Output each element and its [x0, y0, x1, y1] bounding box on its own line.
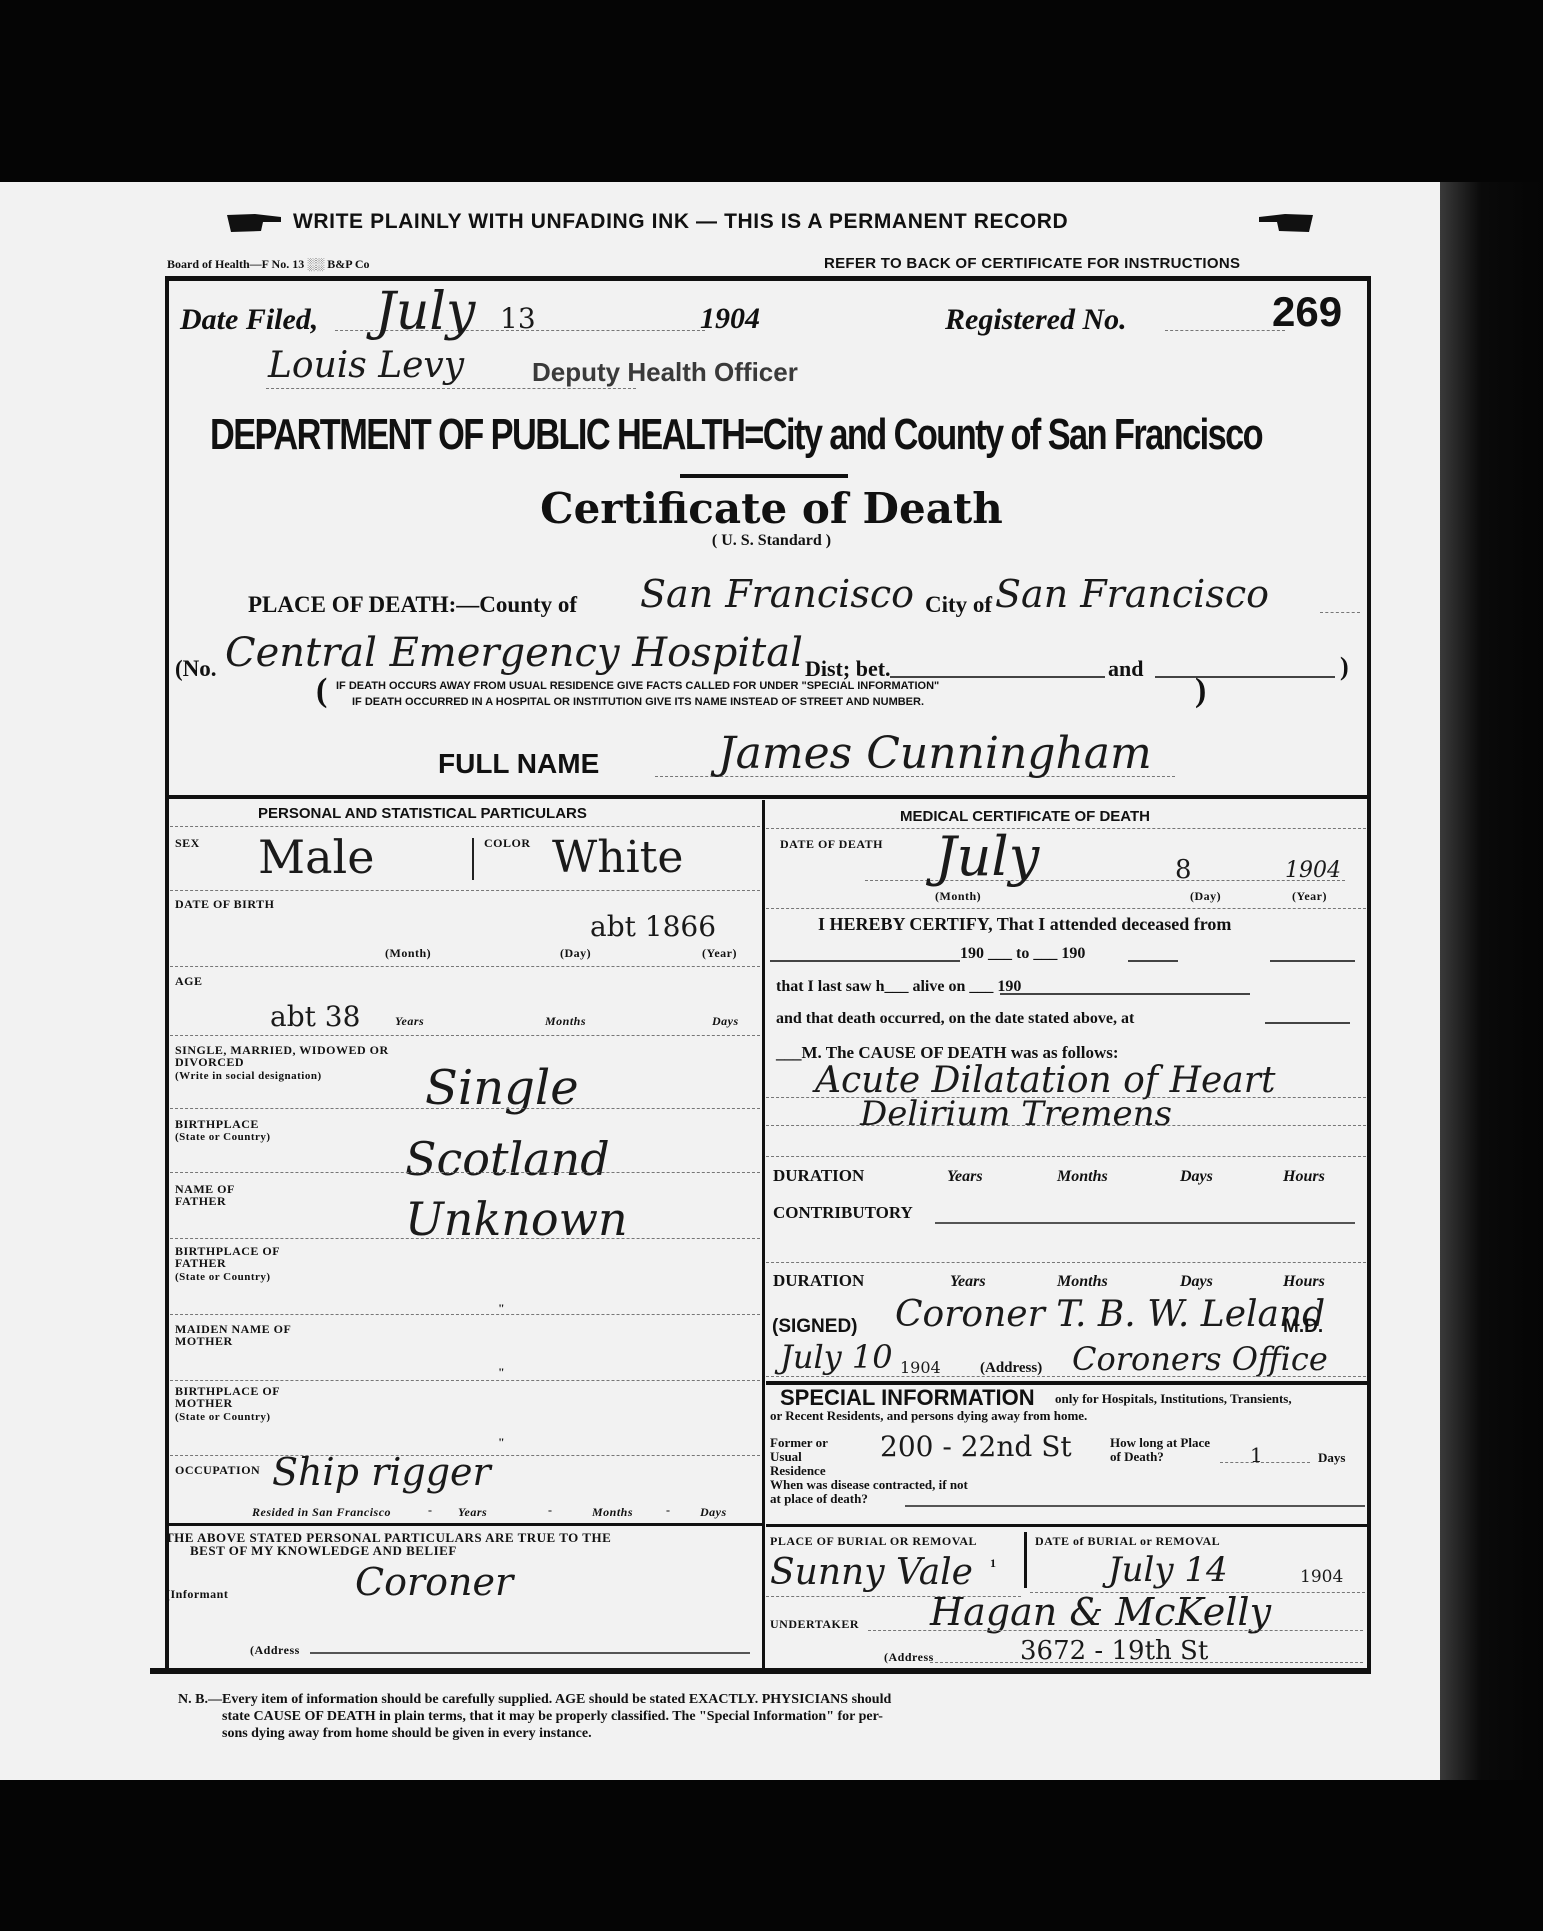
place-note-line1: IF DEATH OCCURS AWAY FROM USUAL RESIDENC… [336, 680, 939, 692]
father-birthplace-label: BIRTHPLACE OF FATHER [175, 1245, 285, 1269]
informant-label: (Informant [166, 1588, 228, 1600]
signed-address: Coroners Office [1072, 1340, 1328, 1378]
signed-address-label: (Address) [980, 1360, 1042, 1377]
close-paren: ) [1340, 652, 1349, 682]
dob-label: DATE OF BIRTH [175, 898, 274, 910]
special-heading-note2: or Recent Residents, and persons dying a… [770, 1408, 1087, 1424]
dist-label: Dist; bet. [805, 656, 891, 682]
burial-column-divider [1024, 1532, 1027, 1588]
scan-edge-shadow [1440, 182, 1543, 1780]
banner-hand-left-icon [225, 211, 283, 235]
mother-birthplace-value: " [498, 1436, 505, 1448]
frame-bottom [150, 1668, 1371, 1674]
dob-month-label: (Month) [385, 947, 431, 959]
death-day: 8 [1175, 855, 1192, 885]
note-open-paren: ( [316, 672, 327, 710]
marital-sublabel: (Write in social designation) [175, 1070, 415, 1082]
death-day-label: (Day) [1190, 890, 1221, 902]
frame-top [165, 276, 1371, 281]
burial-date-label: DATE of BURIAL or REMOVAL [1035, 1535, 1220, 1547]
note-close-paren: ) [1195, 672, 1206, 710]
date-filed-label: Date Filed, [180, 303, 318, 337]
certificate-title: Certificate of Death [0, 484, 1543, 533]
how-long-unit: Days [1318, 1450, 1345, 1466]
place-of-death-label: PLACE OF DEATH:—County of [248, 592, 577, 618]
attended-from-to: 190 ___ to ___ 190 [960, 945, 1085, 963]
dob-year-label: (Year) [702, 947, 737, 959]
cause-line2: Delirium Tremens [860, 1094, 1172, 1134]
resided-years-label: Years [458, 1506, 487, 1518]
age-months-label: Months [545, 1015, 586, 1027]
registered-label: Registered No. [945, 303, 1127, 337]
resided-months-value: - [548, 1504, 553, 1516]
instructions-note: REFER TO BACK OF CERTIFICATE FOR INSTRUC… [824, 255, 1240, 272]
how-long-value: 1 [1250, 1443, 1263, 1467]
residence-value: 200 - 22nd St [880, 1430, 1072, 1463]
duration-hours: Hours [1283, 1168, 1325, 1186]
medical-heading: MEDICAL CERTIFICATE OF DEATH [900, 808, 1150, 825]
undertaker-address-label: (Address [884, 1651, 934, 1663]
death-month: July [935, 825, 1039, 888]
duration-years: Years [947, 1168, 983, 1186]
mother-label: MAIDEN NAME OF MOTHER [175, 1323, 305, 1347]
burial-divider [766, 1524, 1368, 1527]
burial-place-label: PLACE OF BURIAL OR REMOVAL [770, 1535, 977, 1547]
department-title: DEPARTMENT OF PUBLIC HEALTH=City and Cou… [210, 410, 1335, 472]
informant-address-label: (Address [250, 1644, 300, 1656]
county-value: San Francisco [640, 572, 914, 616]
age-days-label: Days [712, 1015, 739, 1027]
duration2-days: Days [1180, 1273, 1213, 1291]
column-divider [762, 800, 765, 1670]
last-saw-text: that I last saw h___ alive on ___ 190 [776, 978, 1021, 996]
place-of-death-location: Central Emergency Hospital [225, 630, 803, 676]
title-divider [680, 474, 848, 478]
personal-attest-divider [168, 1523, 763, 1526]
duration-days: Days [1180, 1168, 1213, 1186]
signed-date: July 10 [780, 1338, 893, 1376]
father-label: NAME OF FATHER [175, 1183, 255, 1207]
age-label: AGE [175, 975, 203, 987]
undertaker-label: UNDERTAKER [770, 1618, 859, 1630]
place-note-line2: IF DEATH OCCURRED IN A HOSPITAL OR INSTI… [352, 696, 924, 708]
md-label: M.D. [1283, 1316, 1323, 1338]
birthplace-sublabel: (State or Country) [175, 1131, 271, 1143]
footnote-line2: state CAUSE OF DEATH in plain terms, tha… [222, 1709, 883, 1725]
resided-label: Resided in San Francisco [252, 1506, 391, 1518]
mother-birthplace-label: BIRTHPLACE OF MOTHER [175, 1385, 285, 1409]
date-filed-month: July [375, 282, 475, 342]
informant-value: Coroner [355, 1560, 513, 1604]
special-heading-note: only for Hospitals, Institutions, Transi… [1055, 1391, 1292, 1407]
resided-days-value: - [666, 1504, 671, 1516]
resided-days-label: Days [700, 1506, 727, 1518]
name-divider [165, 795, 1371, 799]
color-label: COLOR [484, 837, 531, 849]
duration-label: DURATION [773, 1166, 864, 1186]
father-birthplace-value: " [498, 1302, 505, 1314]
signed-year: 1904 [900, 1358, 941, 1377]
sex-color-divider [472, 838, 474, 880]
dob-value: abt 1866 [590, 910, 716, 943]
occupation-value: Ship rigger [272, 1450, 491, 1494]
contracted-label: When was disease contracted, if not at p… [770, 1478, 970, 1506]
us-standard: ( U. S. Standard ) [0, 532, 1543, 550]
personal-heading: PERSONAL AND STATISTICAL PARTICULARS [258, 805, 587, 822]
resided-months-label: Months [592, 1506, 633, 1518]
death-month-label: (Month) [935, 890, 981, 902]
age-years-label: Years [395, 1015, 424, 1027]
city-label: City of [925, 592, 992, 618]
contributory-label: CONTRIBUTORY [773, 1203, 913, 1223]
burial-place-mark: 1 [990, 1557, 997, 1569]
death-year: 1904 [1285, 858, 1341, 883]
registered-number: 269 [1272, 288, 1342, 336]
dob-day-label: (Day) [560, 947, 591, 959]
duration2-years: Years [950, 1273, 986, 1291]
mother-birthplace-sublabel: (State or Country) [175, 1411, 271, 1423]
mother-value: " [498, 1366, 505, 1378]
undertaker-value: Hagan & McKelly [930, 1590, 1271, 1634]
signed-label: (SIGNED) [772, 1316, 858, 1338]
duration2-hours: Hours [1283, 1273, 1325, 1291]
banner-hand-right-icon [1255, 211, 1315, 235]
duration-months: Months [1057, 1168, 1108, 1186]
marital-label: SINGLE, MARRIED, WIDOWED OR DIVORCED [175, 1044, 405, 1068]
occurred-text: and that death occurred, on the date sta… [776, 1010, 1134, 1028]
age-value: abt 38 [270, 1000, 360, 1033]
footnote-line3: sons dying away from home should be give… [222, 1726, 592, 1742]
full-name-value: James Cunningham [718, 728, 1152, 779]
duration2-label: DURATION [773, 1271, 864, 1291]
sex-value: Male [258, 830, 374, 884]
footnote-line1: Every item of information should be care… [222, 1692, 891, 1708]
officer-signature: Louis Levy [268, 345, 464, 386]
sex-label: SEX [175, 837, 200, 849]
death-year-label: (Year) [1292, 890, 1327, 902]
date-of-death-label: DATE OF DEATH [780, 838, 883, 850]
burial-year-value: 1904 [1300, 1567, 1343, 1587]
attest-line2: BEST OF MY KNOWLEDGE AND BELIEF [190, 1545, 457, 1557]
full-name-label: FULL NAME [438, 748, 599, 780]
and-label: and [1108, 656, 1143, 682]
how-long-label: How long at Place of Death? [1110, 1436, 1220, 1464]
date-filed-year: 1904 [700, 302, 760, 336]
resided-years-value: - [428, 1504, 433, 1516]
form-id: Board of Health—F No. 13 ░░ B&P Co [167, 257, 370, 272]
footnote-prefix: N. B.— [178, 1692, 222, 1708]
signed-value: Coroner T. B. W. Leland [895, 1294, 1325, 1335]
banner-text: WRITE PLAINLY WITH UNFADING INK — THIS I… [293, 210, 1243, 234]
birthplace-value: Scotland [405, 1132, 610, 1186]
occupation-label: OCCUPATION [175, 1464, 260, 1476]
officer-title: Deputy Health Officer [532, 357, 798, 388]
street-no-label: (No. [175, 656, 217, 682]
father-birthplace-sublabel: (State or Country) [175, 1271, 271, 1283]
color-value: White [552, 832, 683, 883]
burial-place-value: Sunny Vale [770, 1552, 973, 1593]
residence-label: Former or Usual Residence [770, 1436, 860, 1478]
city-value: San Francisco [995, 572, 1269, 616]
birthplace-label: BIRTHPLACE [175, 1118, 259, 1130]
date-filed-day: 13 [500, 302, 536, 335]
burial-date-value: July 14 [1108, 1550, 1228, 1590]
duration2-months: Months [1057, 1273, 1108, 1291]
certify-text: I HEREBY CERTIFY, That I attended deceas… [818, 914, 1231, 935]
